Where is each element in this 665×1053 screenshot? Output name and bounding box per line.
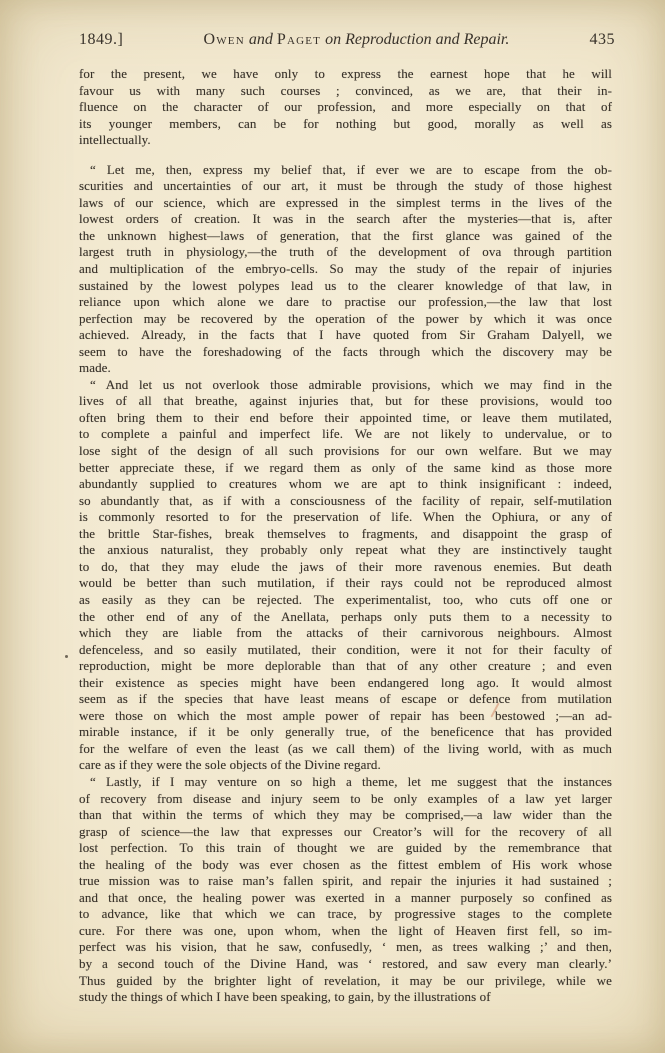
text-body: for the present, we have only to express… xyxy=(79,66,612,1006)
text-line: perfect was his vision, that he saw, con… xyxy=(79,939,612,956)
text-line: care as if they were the sole objects of… xyxy=(79,757,612,774)
header-author-paget: Paget xyxy=(277,31,321,48)
text-line: reproduction, might be more deplorable t… xyxy=(79,658,612,675)
text-line: scurities and uncertainties of our art, … xyxy=(79,178,612,195)
text-line: “ Let me, then, express my belief that, … xyxy=(79,162,612,179)
text-line: to advance, like that which we can trace… xyxy=(79,906,612,923)
text-line: lowest orders of creation. It was in the… xyxy=(79,211,612,228)
paragraph: for the present, we have only to express… xyxy=(79,66,612,149)
text-line: seem to have the foreshadowing of the fa… xyxy=(79,344,612,361)
text-line: intellectually. xyxy=(79,132,612,149)
text-line: mirable instance, if it be only generall… xyxy=(79,724,612,741)
header-year: 1849.] xyxy=(79,31,123,49)
text-line: lose sight of the design of all such pro… xyxy=(79,443,612,460)
paragraph: “ Let me, then, express my belief that, … xyxy=(79,162,612,377)
document-page: 1849.] Owen and Paget on Reproduction an… xyxy=(0,0,665,1053)
text-line: true mission was to raise man’s fallen s… xyxy=(79,873,612,890)
text-line: were those on which the most ample power… xyxy=(79,708,612,725)
text-line: made. xyxy=(79,360,612,377)
page-number: 435 xyxy=(590,31,616,49)
header-author-owen: Owen xyxy=(203,31,244,48)
text-line: cure. For there was one, upon whom, when… xyxy=(79,923,612,940)
text-line: reliance upon which alone we dare to pra… xyxy=(79,294,612,311)
text-line: is commonly resorted to for the preserva… xyxy=(79,509,612,526)
text-line: “ And let us not overlook those admirabl… xyxy=(79,377,612,394)
page-title: Owen and Paget on Reproduction and Repai… xyxy=(203,31,509,49)
text-line: lives of all that breathe, against injur… xyxy=(79,393,612,410)
text-line: and multiplication of the embryo-cells. … xyxy=(79,261,612,278)
text-line: the other end of any of the Anellata, pe… xyxy=(79,609,612,626)
text-line: study the things of which I have been sp… xyxy=(79,989,612,1006)
text-line: the unknown highest—laws of generation, … xyxy=(79,228,612,245)
text-line: the anxious naturalist, they probably on… xyxy=(79,542,612,559)
text-line: the brittle Star-fishes, break themselve… xyxy=(79,526,612,543)
text-line: Thus guided by the brighter light of rev… xyxy=(79,973,612,990)
text-line: “ Lastly, if I may venture on so high a … xyxy=(79,774,612,791)
text-line: grasp of science—the law that expresses … xyxy=(79,824,612,841)
text-line: their existence as species might have be… xyxy=(79,675,612,692)
text-line: and that once, the healing power was exe… xyxy=(79,890,612,907)
text-line: abundantly supplied to creatures whom we… xyxy=(79,476,612,493)
text-line: its younger members, can be for nothing … xyxy=(79,116,612,133)
text-line: often bring them to their end before the… xyxy=(79,410,612,427)
text-line: would be better than such mutilation, if… xyxy=(79,575,612,592)
text-line: fluence on the character of our professi… xyxy=(79,99,612,116)
text-line: achieved. Already, in the facts that I h… xyxy=(79,327,612,344)
text-line: seem as if the species that have least m… xyxy=(79,691,612,708)
text-line: sustained by the lowest polypes lead us … xyxy=(79,278,612,295)
text-line: defenceless, and so easily mutilated, th… xyxy=(79,642,612,659)
text-line: favour us with many such courses ; convi… xyxy=(79,83,612,100)
text-line: better appreciate these, if we regard th… xyxy=(79,460,612,477)
text-line: for the welfare of even the least (as we… xyxy=(79,741,612,758)
text-line: laws of our science, which are expressed… xyxy=(79,195,612,212)
text-line: the healing of the body was ever chosen … xyxy=(79,857,612,874)
text-line: by a second touch of the Divine Hand, wa… xyxy=(79,956,612,973)
text-line: so abundantly that, as if with a conscio… xyxy=(79,493,612,510)
text-line: than that within the terms of which they… xyxy=(79,807,612,824)
paragraph: “ Lastly, if I may venture on so high a … xyxy=(79,774,612,1006)
text-line: of recovery from disease and injury seem… xyxy=(79,791,612,808)
text-line: perfection may be recovered by the opera… xyxy=(79,311,612,328)
paragraph: “ And let us not overlook those admirabl… xyxy=(79,377,612,774)
text-line: to do, that they may elude the jaws of t… xyxy=(79,559,612,576)
text-line: as easily as they can be rejected. The e… xyxy=(79,592,612,609)
header-conjunction: and xyxy=(249,31,273,48)
text-line: to complete a painful and imperfect life… xyxy=(79,426,612,443)
header-title-rest: on Reproduction and Repair. xyxy=(325,31,509,48)
text-line: which they are liable from the attacks o… xyxy=(79,625,612,642)
text-line: largest truth in physiology,—the truth o… xyxy=(79,244,612,261)
text-line: lost perfection. To this train of though… xyxy=(79,840,612,857)
ink-speck xyxy=(65,655,68,658)
page-header: 1849.] Owen and Paget on Reproduction an… xyxy=(79,31,615,49)
text-line: for the present, we have only to express… xyxy=(79,66,612,83)
